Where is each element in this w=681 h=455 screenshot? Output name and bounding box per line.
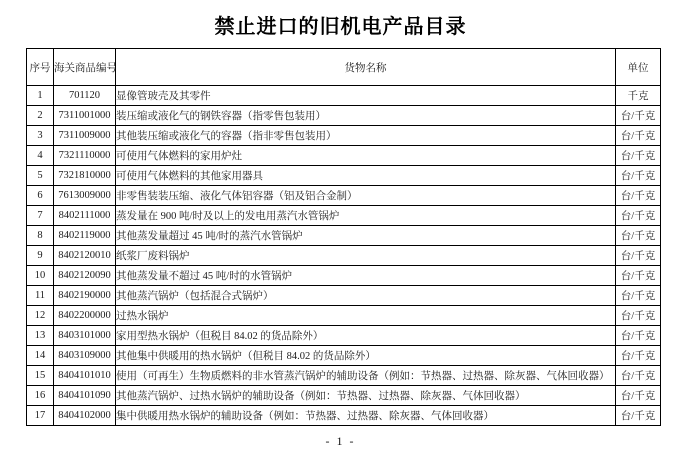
table-row: 10 8402120090 其他蒸发量不超过 45 吨/时的水管锅炉 台/千克: [27, 266, 661, 286]
row-serial: 6: [27, 186, 54, 206]
row-hs-code: 8402111000: [54, 206, 116, 226]
table-body: 1 701120 显像管玻壳及其零件 千克 2 7311001000 装压缩或液…: [27, 86, 661, 426]
row-hs-code: 8404102000: [54, 406, 116, 426]
col-header-serial: 序号: [27, 49, 54, 86]
table-row: 5 7321810000 可使用气体燃料的其他家用器具 台/千克: [27, 166, 661, 186]
row-hs-code: 7321110000: [54, 146, 116, 166]
row-unit: 台/千克: [616, 286, 661, 306]
row-hs-code: 7311001000: [54, 106, 116, 126]
row-serial: 1: [27, 86, 54, 106]
row-serial: 5: [27, 166, 54, 186]
row-hs-code: 8402119000: [54, 226, 116, 246]
row-serial: 2: [27, 106, 54, 126]
row-unit: 台/千克: [616, 166, 661, 186]
row-goods-name: 装压缩或液化气的钢铁容器（指零售包装用）: [116, 106, 616, 126]
table-row: 14 8403109000 其他集中供暖用的热水锅炉（但税目 84.02 的货品…: [27, 346, 661, 366]
col-header-hs-code: 海关商品编号: [54, 49, 116, 86]
row-hs-code: 8403109000: [54, 346, 116, 366]
table-row: 17 8404102000 集中供暖用热水锅炉的辅助设备（例如：节热器、过热器、…: [27, 406, 661, 426]
row-serial: 13: [27, 326, 54, 346]
row-serial: 14: [27, 346, 54, 366]
row-unit: 台/千克: [616, 126, 661, 146]
table-row: 15 8404101010 使用（可再生）生物质燃料的非水管蒸汽锅炉的辅助设备（…: [27, 366, 661, 386]
row-unit: 台/千克: [616, 206, 661, 226]
row-unit: 千克: [616, 86, 661, 106]
row-unit: 台/千克: [616, 186, 661, 206]
row-unit: 台/千克: [616, 146, 661, 166]
table-header-row: 序号 海关商品编号 货物名称 单位: [27, 49, 661, 86]
row-hs-code: 7613009000: [54, 186, 116, 206]
table-row: 8 8402119000 其他蒸发量超过 45 吨/时的蒸汽水管锅炉 台/千克: [27, 226, 661, 246]
row-unit: 台/千克: [616, 386, 661, 406]
page-number: - 1 -: [0, 434, 681, 449]
row-serial: 12: [27, 306, 54, 326]
row-unit: 台/千克: [616, 106, 661, 126]
page-title: 禁止进口的旧机电产品目录: [0, 10, 681, 39]
row-hs-code: 701120: [54, 86, 116, 106]
row-serial: 4: [27, 146, 54, 166]
row-hs-code: 8402120010: [54, 246, 116, 266]
row-goods-name: 可使用气体燃料的其他家用器具: [116, 166, 616, 186]
row-hs-code: 8402200000: [54, 306, 116, 326]
row-hs-code: 8404101090: [54, 386, 116, 406]
row-goods-name: 集中供暖用热水锅炉的辅助设备（例如：节热器、过热器、除灰器、气体回收器）: [116, 406, 616, 426]
row-serial: 8: [27, 226, 54, 246]
row-goods-name: 其他蒸汽锅炉、过热水锅炉的辅助设备（例如：节热器、过热器、除灰器、气体回收器）: [116, 386, 616, 406]
col-header-unit: 单位: [616, 49, 661, 86]
row-unit: 台/千克: [616, 406, 661, 426]
row-serial: 16: [27, 386, 54, 406]
row-unit: 台/千克: [616, 346, 661, 366]
prohibited-products-table: 序号 海关商品编号 货物名称 单位 1 701120 显像管玻壳及其零件 千克 …: [26, 48, 661, 426]
row-hs-code: 8404101010: [54, 366, 116, 386]
document-page: 禁止进口的旧机电产品目录 序号 海关商品编号 货物名称 单位 1 701120 …: [0, 0, 681, 455]
row-goods-name: 显像管玻壳及其零件: [116, 86, 616, 106]
table-row: 7 8402111000 蒸发量在 900 吨/时及以上的发电用蒸汽水管锅炉 台…: [27, 206, 661, 226]
table-row: 16 8404101090 其他蒸汽锅炉、过热水锅炉的辅助设备（例如：节热器、过…: [27, 386, 661, 406]
row-goods-name: 其他蒸汽锅炉（包括混合式锅炉）: [116, 286, 616, 306]
row-goods-name: 纸浆厂废料锅炉: [116, 246, 616, 266]
row-unit: 台/千克: [616, 326, 661, 346]
row-serial: 17: [27, 406, 54, 426]
table-row: 3 7311009000 其他装压缩或液化气的容器（指非零售包装用） 台/千克: [27, 126, 661, 146]
row-goods-name: 其他蒸发量不超过 45 吨/时的水管锅炉: [116, 266, 616, 286]
table-row: 9 8402120010 纸浆厂废料锅炉 台/千克: [27, 246, 661, 266]
table-row: 6 7613009000 非零售装装压缩、液化气体铝容器（铝及铝合金制） 台/千…: [27, 186, 661, 206]
row-goods-name: 其他集中供暖用的热水锅炉（但税目 84.02 的货品除外）: [116, 346, 616, 366]
table-row: 4 7321110000 可使用气体燃料的家用炉灶 台/千克: [27, 146, 661, 166]
row-hs-code: 7321810000: [54, 166, 116, 186]
col-header-goods-name: 货物名称: [116, 49, 616, 86]
row-unit: 台/千克: [616, 266, 661, 286]
row-serial: 11: [27, 286, 54, 306]
row-goods-name: 家用型热水锅炉（但税目 84.02 的货品除外）: [116, 326, 616, 346]
row-goods-name: 可使用气体燃料的家用炉灶: [116, 146, 616, 166]
row-serial: 3: [27, 126, 54, 146]
row-goods-name: 其他蒸发量超过 45 吨/时的蒸汽水管锅炉: [116, 226, 616, 246]
table-row: 2 7311001000 装压缩或液化气的钢铁容器（指零售包装用） 台/千克: [27, 106, 661, 126]
row-unit: 台/千克: [616, 366, 661, 386]
row-serial: 7: [27, 206, 54, 226]
table-row: 11 8402190000 其他蒸汽锅炉（包括混合式锅炉） 台/千克: [27, 286, 661, 306]
row-goods-name: 蒸发量在 900 吨/时及以上的发电用蒸汽水管锅炉: [116, 206, 616, 226]
row-goods-name: 其他装压缩或液化气的容器（指非零售包装用）: [116, 126, 616, 146]
row-hs-code: 8402120090: [54, 266, 116, 286]
table-row: 12 8402200000 过热水锅炉 台/千克: [27, 306, 661, 326]
row-hs-code: 8402190000: [54, 286, 116, 306]
table-row: 13 8403101000 家用型热水锅炉（但税目 84.02 的货品除外） 台…: [27, 326, 661, 346]
row-hs-code: 7311009000: [54, 126, 116, 146]
row-goods-name: 过热水锅炉: [116, 306, 616, 326]
table-row: 1 701120 显像管玻壳及其零件 千克: [27, 86, 661, 106]
row-unit: 台/千克: [616, 226, 661, 246]
row-goods-name: 使用（可再生）生物质燃料的非水管蒸汽锅炉的辅助设备（例如：节热器、过热器、除灰器…: [116, 366, 616, 386]
row-unit: 台/千克: [616, 246, 661, 266]
row-unit: 台/千克: [616, 306, 661, 326]
row-serial: 15: [27, 366, 54, 386]
row-goods-name: 非零售装装压缩、液化气体铝容器（铝及铝合金制）: [116, 186, 616, 206]
row-serial: 10: [27, 266, 54, 286]
row-hs-code: 8403101000: [54, 326, 116, 346]
row-serial: 9: [27, 246, 54, 266]
